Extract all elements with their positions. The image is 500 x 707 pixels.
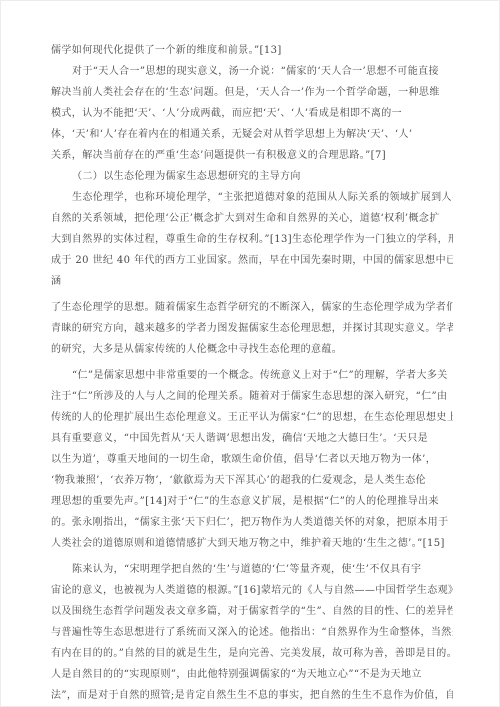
- text-line: ‘物我兼照’，‘衣养万物’，‘歙歙焉为天下浑其心’的超我的仁爱观念，是人类生态伦: [51, 470, 453, 491]
- text-line: 青睐的研究方向，越来越多的学者力图发掘儒家生态伦理思想，并探讨其现实意义。学者们: [51, 318, 453, 339]
- text-line: 了生态伦理学的思想。随着儒家生态哲学研究的不断深入，儒家的生态伦理学成为学者们所: [51, 297, 453, 318]
- text-line: 传统的人的伦理扩展出生态伦理意义。王正平认为儒家“仁”的思想，在生态伦理思想史上: [51, 407, 453, 428]
- paragraph: 对于“天人合一”思想的现实意义，汤一介说：“儒家的‘天人合一’思想不可能直接解决…: [51, 61, 453, 166]
- text-line: 与普遍性等生态思想进行了系统而又深入的论述。他指出：“自然界作为生命整体，当然是: [51, 622, 453, 643]
- text-line: 自然的关系领域，把伦理‘公正’概念扩大到对生命和自然界的关心，道德‘权利’概念扩: [51, 208, 453, 229]
- paragraph: 了生态伦理学的思想。随着儒家生态哲学研究的不断深入，儒家的生态伦理学成为学者们所…: [51, 297, 453, 360]
- text-line: 涵: [51, 271, 453, 292]
- paragraph: 儒学如何现代化提供了一个新的维度和前景。”[13]: [51, 40, 453, 61]
- text-line: 法”，而是对于自然的照管;是肯定自然生生不息的事实，把自然的生生不息作为价值，自: [51, 685, 453, 706]
- text-line: 儒学如何现代化提供了一个新的维度和前景。”[13]: [51, 40, 453, 61]
- text-line: 成于 20 世纪 40 年代的西方工业国家。然而，早在中国先秦时期，中国的儒家思…: [51, 250, 453, 271]
- text-line: 体，‘天’和‘人’存在着内在的相通关系，无疑会对从哲学思想上为解决‘天’、‘人’: [51, 124, 453, 145]
- text-line: 有内在目的的。”自然的目的就是生生，是向完善、完美发展，故可称为善，善即是目的。: [51, 643, 453, 664]
- text-line: 注于“仁”所涉及的人与人之间的伦理关系。随着对于儒家生态思想的深入研究，“仁”由: [51, 386, 453, 407]
- text-line: 生态伦理学，也称环境伦理学，“主张把道德对象的范围从人际关系的领域扩展到人与: [51, 187, 453, 208]
- text-line: （二）以生态伦理为儒家生态思想研究的主导方向: [51, 166, 453, 187]
- section-heading: （二）以生态伦理为儒家生态思想研究的主导方向: [51, 166, 453, 187]
- text-line: 宙论的意义，也被视为人类道德的根源。”[16]蒙培元的《人与自然——中国哲学生态…: [51, 580, 453, 601]
- text-line: 解决当前人类社会存在的‘生态’问题。但是，‘天人合一’作为一个哲学命题，一种思维: [51, 82, 453, 103]
- document-body: 儒学如何现代化提供了一个新的维度和前景。”[13]对于“天人合一”思想的现实意义…: [51, 40, 453, 706]
- document-page: 儒学如何现代化提供了一个新的维度和前景。”[13]对于“天人合一”思想的现实意义…: [0, 0, 500, 707]
- text-line: 模式，认为不能把‘天’、‘人’分成两截，而应把‘天’、‘人’看成是相即不离的一: [51, 103, 453, 124]
- text-line: 关系，解决当前存在的严重‘生态’问题提供一有积极意义的合理思路。”[7]: [51, 145, 453, 166]
- text-line: 的。张永刚指出，“儒家主张‘天下归仁’，把万物作为人类道德关怀的对象，把原本用于: [51, 512, 453, 533]
- text-line: 理思想的重要先声。”[14]对于“仁”的生态意义扩展，是根据“仁”的人的伦理推导…: [51, 491, 453, 512]
- text-line: 人是自然目的的“实现原则”，由此他特别强调儒家的“为天地立心”“不是为天地立: [51, 664, 453, 685]
- text-line: “仁”是儒家思想中非常重要的一个概念。传统意义上对于“仁”的理解，学者大多关: [51, 365, 453, 386]
- paragraph: “仁”是儒家思想中非常重要的一个概念。传统意义上对于“仁”的理解，学者大多关注于…: [51, 365, 453, 554]
- text-line: 具有重要意义，“中国先哲从‘天人谐调’思想出发，确信‘天地之大德曰生’。‘天只是: [51, 428, 453, 449]
- text-line: 陈来认为，“宋明理学把自然的‘生’与道德的‘仁’等量齐观，使‘生’不仅具有宇: [51, 559, 453, 580]
- text-line: 人类社会的道德原则和道德情感扩大到天地万物之中，维护着天地的‘生生之德’。”[1…: [51, 533, 453, 554]
- text-line: 以及围绕生态哲学问题发表文章多篇，对于儒家哲学的“生”、自然的目的性、仁的差异性: [51, 601, 453, 622]
- text-line: 大到自然界的实体过程，尊重生命的生存权利。”[13]生态伦理学作为一门独立的学科…: [51, 229, 453, 250]
- paragraph: 生态伦理学，也称环境伦理学，“主张把道德对象的范围从人际关系的领域扩展到人与自然…: [51, 187, 453, 292]
- text-line: 以生为道’，尊重天地间的一切生命，歌颂生命价值，倡导‘仁者以天地万物为一体’，: [51, 449, 453, 470]
- text-line: 的研究，大多是从儒家传统的人伦概念中寻找生态伦理的意蕴。: [51, 339, 453, 360]
- paragraph: 陈来认为，“宋明理学把自然的‘生’与道德的‘仁’等量齐观，使‘生’不仅具有宇宙论…: [51, 559, 453, 706]
- text-line: 对于“天人合一”思想的现实意义，汤一介说：“儒家的‘天人合一’思想不可能直接: [51, 61, 453, 82]
